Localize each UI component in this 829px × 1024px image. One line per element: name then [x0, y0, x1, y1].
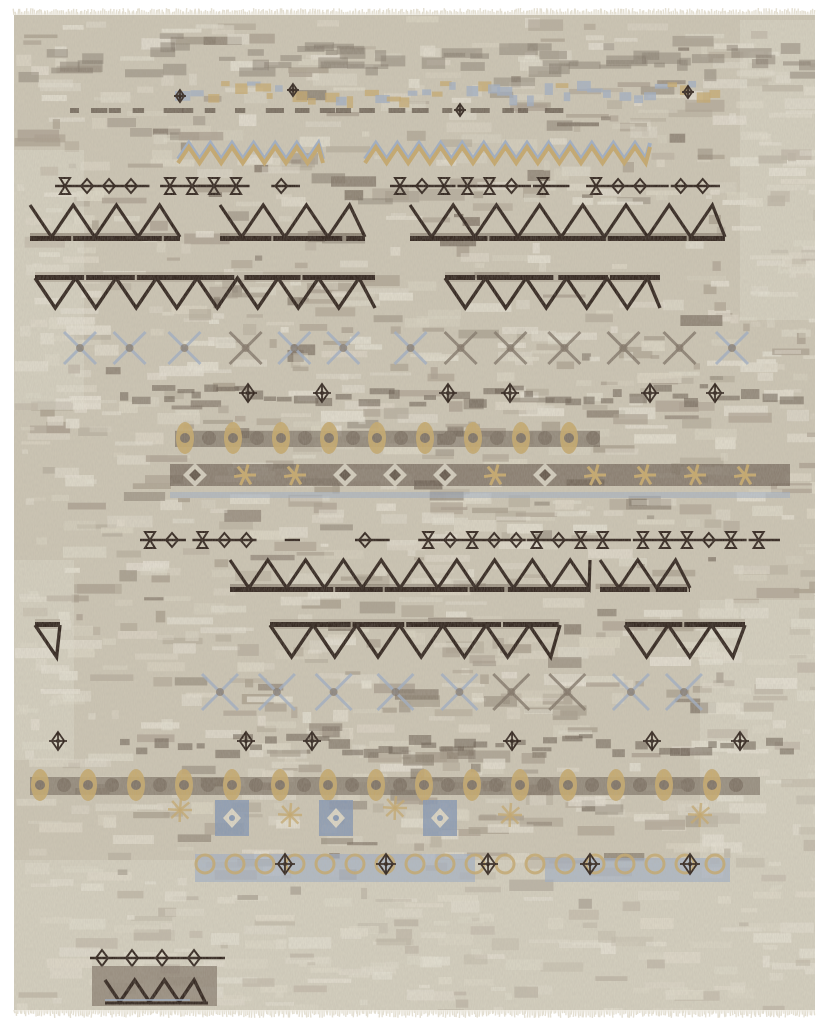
- bottom-fringe: [14, 1010, 815, 1018]
- top-fringe: [13, 8, 814, 15]
- rug-illustration: [0, 0, 829, 1024]
- wool-texture: [14, 15, 815, 1010]
- rug-product-photo: Rectangular rug with faded beige ground,…: [0, 0, 829, 1024]
